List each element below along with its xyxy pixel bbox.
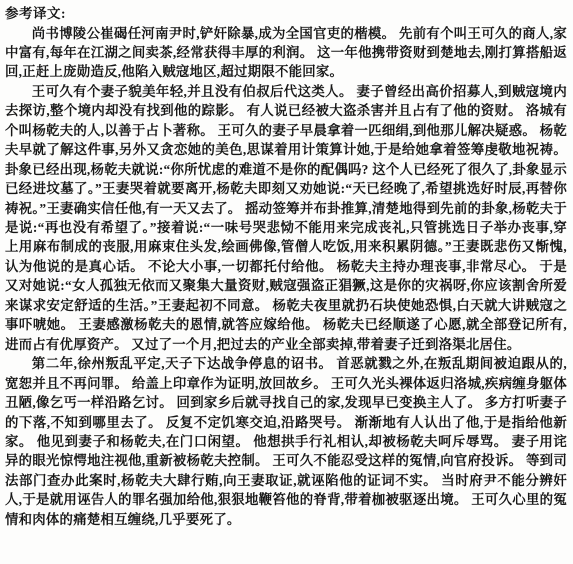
paragraph-3: 第二年,徐州叛乱平定,天子下达战争停息的诏书。 首恶就戮之外,在叛乱期间被迫跟从… — [5, 354, 567, 529]
document-title: 参考译文: — [5, 4, 567, 24]
paragraph-1: 尚书博陵公崔碣任河南尹时,铲奸除暴,成为全国官吏的楷模。 先前有个叫王可久的商人… — [5, 24, 567, 82]
paragraph-2: 王可久有个妻子貌美年轻,并且没有伯叔后代这类人。 妻子曾经出高价招募人,到贼寇境… — [5, 82, 567, 354]
document-page: 参考译文: 尚书博陵公崔碣任河南尹时,铲奸除暴,成为全国官吏的楷模。 先前有个叫… — [0, 0, 573, 564]
